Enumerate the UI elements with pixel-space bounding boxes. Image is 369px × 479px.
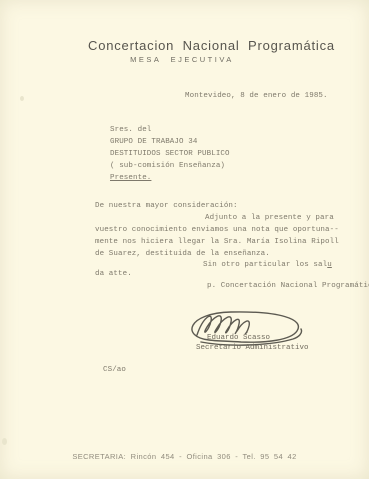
per-organization-line: p. Concertación Nacional Programática	[207, 282, 369, 290]
recipient-line: Sres. del	[110, 126, 151, 134]
salutation: De nuestra mayor consideración:	[95, 202, 238, 210]
scan-artifact	[2, 438, 7, 445]
recipient-line: DESTITUIDOS SECTOR PUBLICO	[110, 150, 230, 158]
footer-address: SECRETARIA: Rincón 454 - Oficina 306 - T…	[0, 452, 369, 461]
body-line: de Suarez, destituida de la enseñanza.	[95, 250, 270, 258]
letterhead-title: Concertacion Nacional Programática	[88, 38, 322, 53]
dateline: Montevideo, 8 de enero de 1985.	[185, 92, 328, 100]
scan-artifact	[20, 96, 24, 101]
body-line: vuestro conocimiento enviamos una nota q…	[95, 226, 339, 234]
closing-end: da atte.	[95, 270, 132, 278]
signer-name: Eduardo Scasso	[207, 334, 270, 342]
body-line: Adjunto a la presente y para	[205, 214, 334, 222]
reference-initials: CS/ao	[103, 366, 126, 374]
signer-title: Secretario Administrativo	[196, 344, 309, 352]
closing-text: Sin otro particular los sal	[203, 261, 327, 269]
recipient-line: ( sub-comisión Enseñanza)	[110, 162, 225, 170]
letterhead-subtitle: MESA EJECUTIVA	[118, 55, 246, 64]
closing-underlined-char: u	[327, 261, 332, 269]
body-line: mente nos hiciera llegar la Sra. María I…	[95, 238, 339, 246]
recipient-line: GRUPO DE TRABAJO 34	[110, 138, 197, 146]
recipient-presente: Presente.	[110, 174, 151, 182]
closing-line: Sin otro particular los salu	[203, 261, 332, 269]
letter-page: Concertacion Nacional Programática MESA …	[0, 0, 369, 479]
